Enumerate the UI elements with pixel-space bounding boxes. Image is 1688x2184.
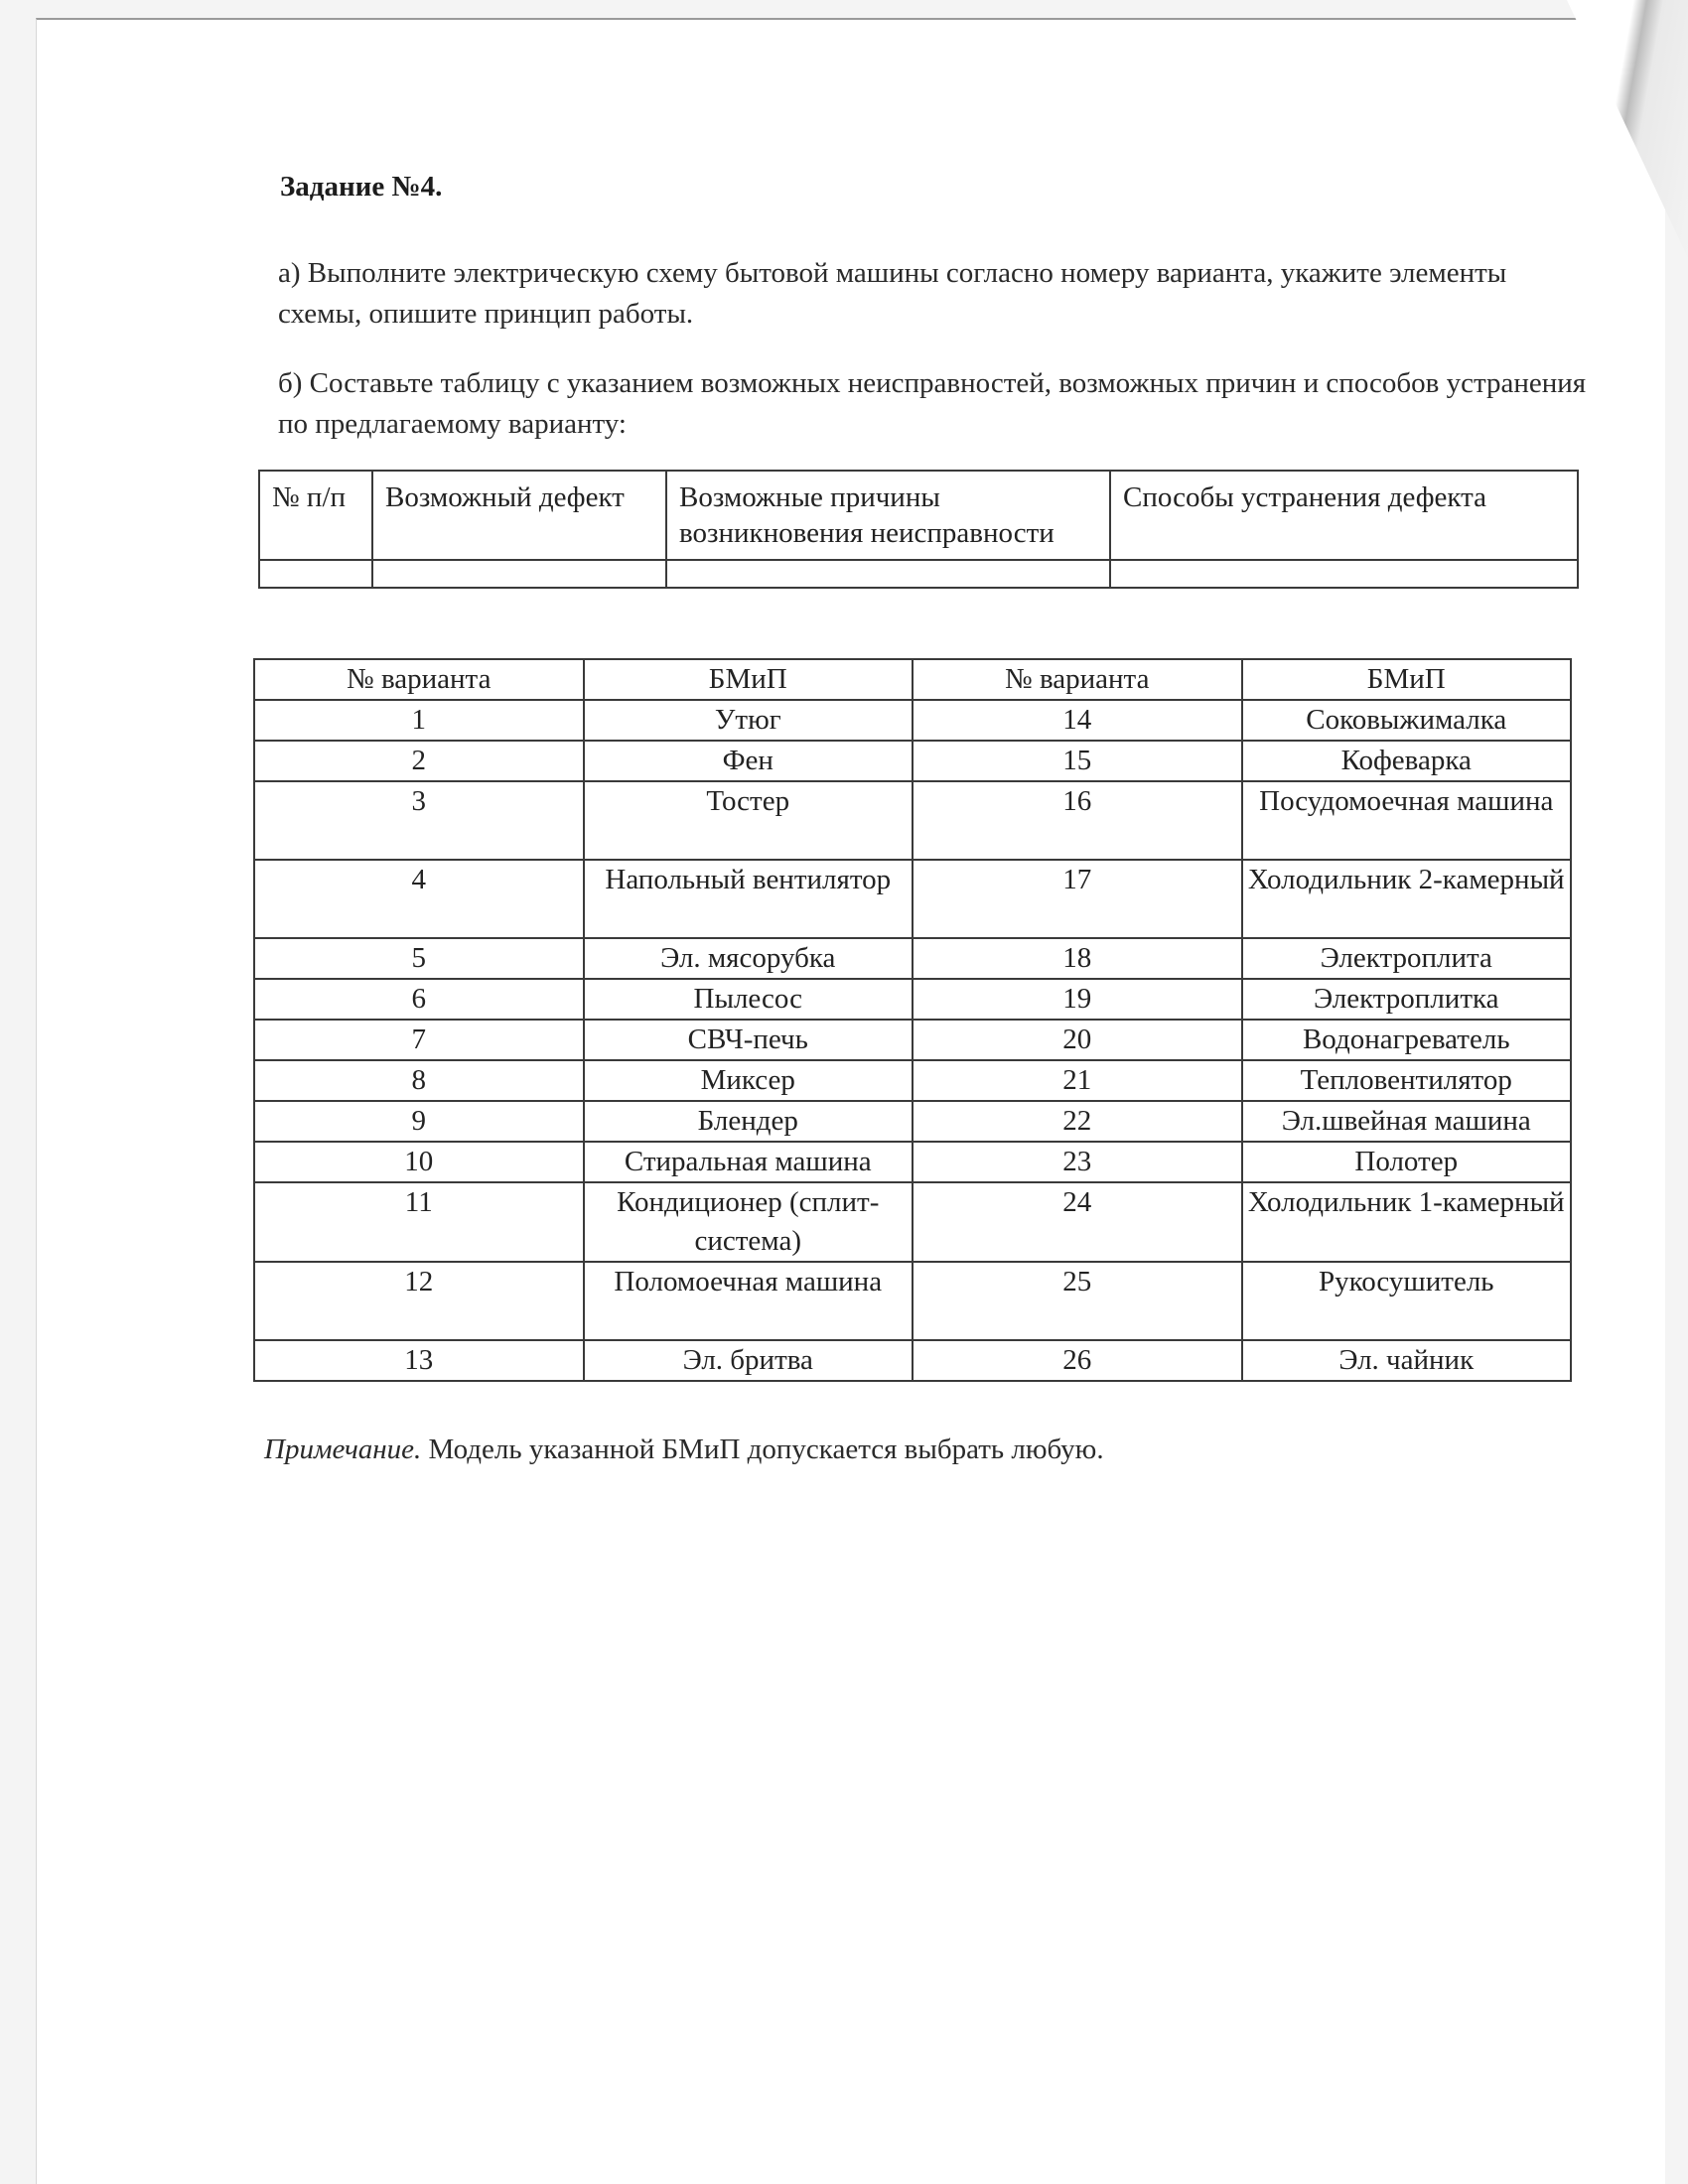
variant-number-cell: 11 (254, 1182, 584, 1262)
appliance-cell: Эл. чайник (1242, 1340, 1572, 1381)
variant-number-cell: 5 (254, 938, 584, 979)
appliance-cell: Пылесос (584, 979, 914, 1020)
variant-number-cell: 15 (913, 741, 1242, 781)
table-row: 4Напольный вентилятор17Холодильник 2-кам… (254, 860, 1571, 938)
variant-table-header: № варианта БМиП № варианта БМиП (254, 659, 1571, 700)
appliance-cell: Утюг (584, 700, 914, 741)
table-row: 2Фен15Кофеварка (254, 741, 1571, 781)
variant-number-cell: 1 (254, 700, 584, 741)
appliance-cell: Электроплита (1242, 938, 1572, 979)
empty-cell (1110, 560, 1578, 588)
variant-number-cell: 7 (254, 1020, 584, 1060)
variant-table: № варианта БМиП № варианта БМиП 1Утюг14С… (253, 658, 1572, 1382)
table-row: 10Стиральная машина23Полотер (254, 1142, 1571, 1182)
table-row: 7СВЧ-печь20Водонагреватель (254, 1020, 1571, 1060)
variant-number-cell: 17 (913, 860, 1242, 938)
appliance-cell: Блендер (584, 1101, 914, 1142)
header-number: № п/п (259, 471, 372, 560)
variant-number-cell: 18 (913, 938, 1242, 979)
appliance-cell: Холодильник 2-камерный (1242, 860, 1572, 938)
variant-number-cell: 23 (913, 1142, 1242, 1182)
appliance-cell: СВЧ-печь (584, 1020, 914, 1060)
header-remedies: Способы устранения дефекта (1110, 471, 1578, 560)
appliance-cell: Поломоечная машина (584, 1262, 914, 1340)
appliance-cell: Эл.швейная машина (1242, 1101, 1572, 1142)
appliance-cell: Стиральная машина (584, 1142, 914, 1182)
header-appliance-right: БМиП (1242, 659, 1572, 700)
variant-number-cell: 10 (254, 1142, 584, 1182)
appliance-cell: Водонагреватель (1242, 1020, 1572, 1060)
appliance-cell: Холодильник 1-камерный (1242, 1182, 1572, 1262)
empty-cell (259, 560, 372, 588)
variant-number-cell: 2 (254, 741, 584, 781)
task-part-a: а) Выполните электрическую схему бытовой… (278, 253, 1589, 335)
table-row: 5Эл. мясорубка18Электроплита (254, 938, 1571, 979)
appliance-cell: Кондиционер (сплит-система) (584, 1182, 914, 1262)
variant-number-cell: 26 (913, 1340, 1242, 1381)
appliance-cell: Миксер (584, 1060, 914, 1101)
variant-number-cell: 24 (913, 1182, 1242, 1262)
table-row: 1Утюг14Соковыжималка (254, 700, 1571, 741)
variant-number-cell: 14 (913, 700, 1242, 741)
variant-number-cell: 20 (913, 1020, 1242, 1060)
table-row: 6Пылесос19Электроплитка (254, 979, 1571, 1020)
appliance-cell: Фен (584, 741, 914, 781)
appliance-cell: Тепловентилятор (1242, 1060, 1572, 1101)
variant-number-cell: 16 (913, 781, 1242, 860)
appliance-cell: Кофеварка (1242, 741, 1572, 781)
note-label: Примечание. (264, 1433, 421, 1465)
empty-cell (372, 560, 666, 588)
variant-number-cell: 6 (254, 979, 584, 1020)
defect-table-header: № п/п Возможный дефект Возможные причины… (259, 471, 1578, 560)
variant-number-cell: 13 (254, 1340, 584, 1381)
table-row: 8Миксер21Тепловентилятор (254, 1060, 1571, 1101)
variant-number-cell: 21 (913, 1060, 1242, 1101)
variant-number-cell: 9 (254, 1101, 584, 1142)
appliance-cell: Эл. бритва (584, 1340, 914, 1381)
table-row: 9Блендер22Эл.швейная машина (254, 1101, 1571, 1142)
empty-cell (666, 560, 1110, 588)
appliance-cell: Рукосушитель (1242, 1262, 1572, 1340)
table-row: 3Тостер16Посудомоечная машина (254, 781, 1571, 860)
appliance-cell: Полотер (1242, 1142, 1572, 1182)
appliance-cell: Электроплитка (1242, 979, 1572, 1020)
header-variant-number-left: № варианта (254, 659, 584, 700)
variant-number-cell: 19 (913, 979, 1242, 1020)
appliance-cell: Эл. мясорубка (584, 938, 914, 979)
note-text: Модель указанной БМиП допускается выбрат… (421, 1433, 1103, 1465)
table-row: 11Кондиционер (сплит-система)24Холодильн… (254, 1182, 1571, 1262)
header-appliance-left: БМиП (584, 659, 914, 700)
variant-number-cell: 3 (254, 781, 584, 860)
variant-number-cell: 4 (254, 860, 584, 938)
defect-table: № п/п Возможный дефект Возможные причины… (258, 470, 1579, 589)
variant-number-cell: 25 (913, 1262, 1242, 1340)
appliance-cell: Тостер (584, 781, 914, 860)
note: Примечание. Модель указанной БМиП допуск… (264, 1433, 1104, 1466)
header-defect: Возможный дефект (372, 471, 666, 560)
variant-number-cell: 22 (913, 1101, 1242, 1142)
appliance-cell: Напольный вентилятор (584, 860, 914, 938)
table-row: 12Поломоечная машина25Рукосушитель (254, 1262, 1571, 1340)
task-title: Задание №4. (280, 171, 442, 204)
task-part-b: б) Составьте таблицу с указанием возможн… (278, 363, 1589, 445)
variant-number-cell: 12 (254, 1262, 584, 1340)
variant-number-cell: 8 (254, 1060, 584, 1101)
appliance-cell: Посудомоечная машина (1242, 781, 1572, 860)
appliance-cell: Соковыжималка (1242, 700, 1572, 741)
header-causes: Возможные причины возникновения неисправ… (666, 471, 1110, 560)
header-variant-number-right: № варианта (913, 659, 1242, 700)
table-row: 13Эл. бритва26Эл. чайник (254, 1340, 1571, 1381)
defect-table-empty-row (259, 560, 1578, 588)
